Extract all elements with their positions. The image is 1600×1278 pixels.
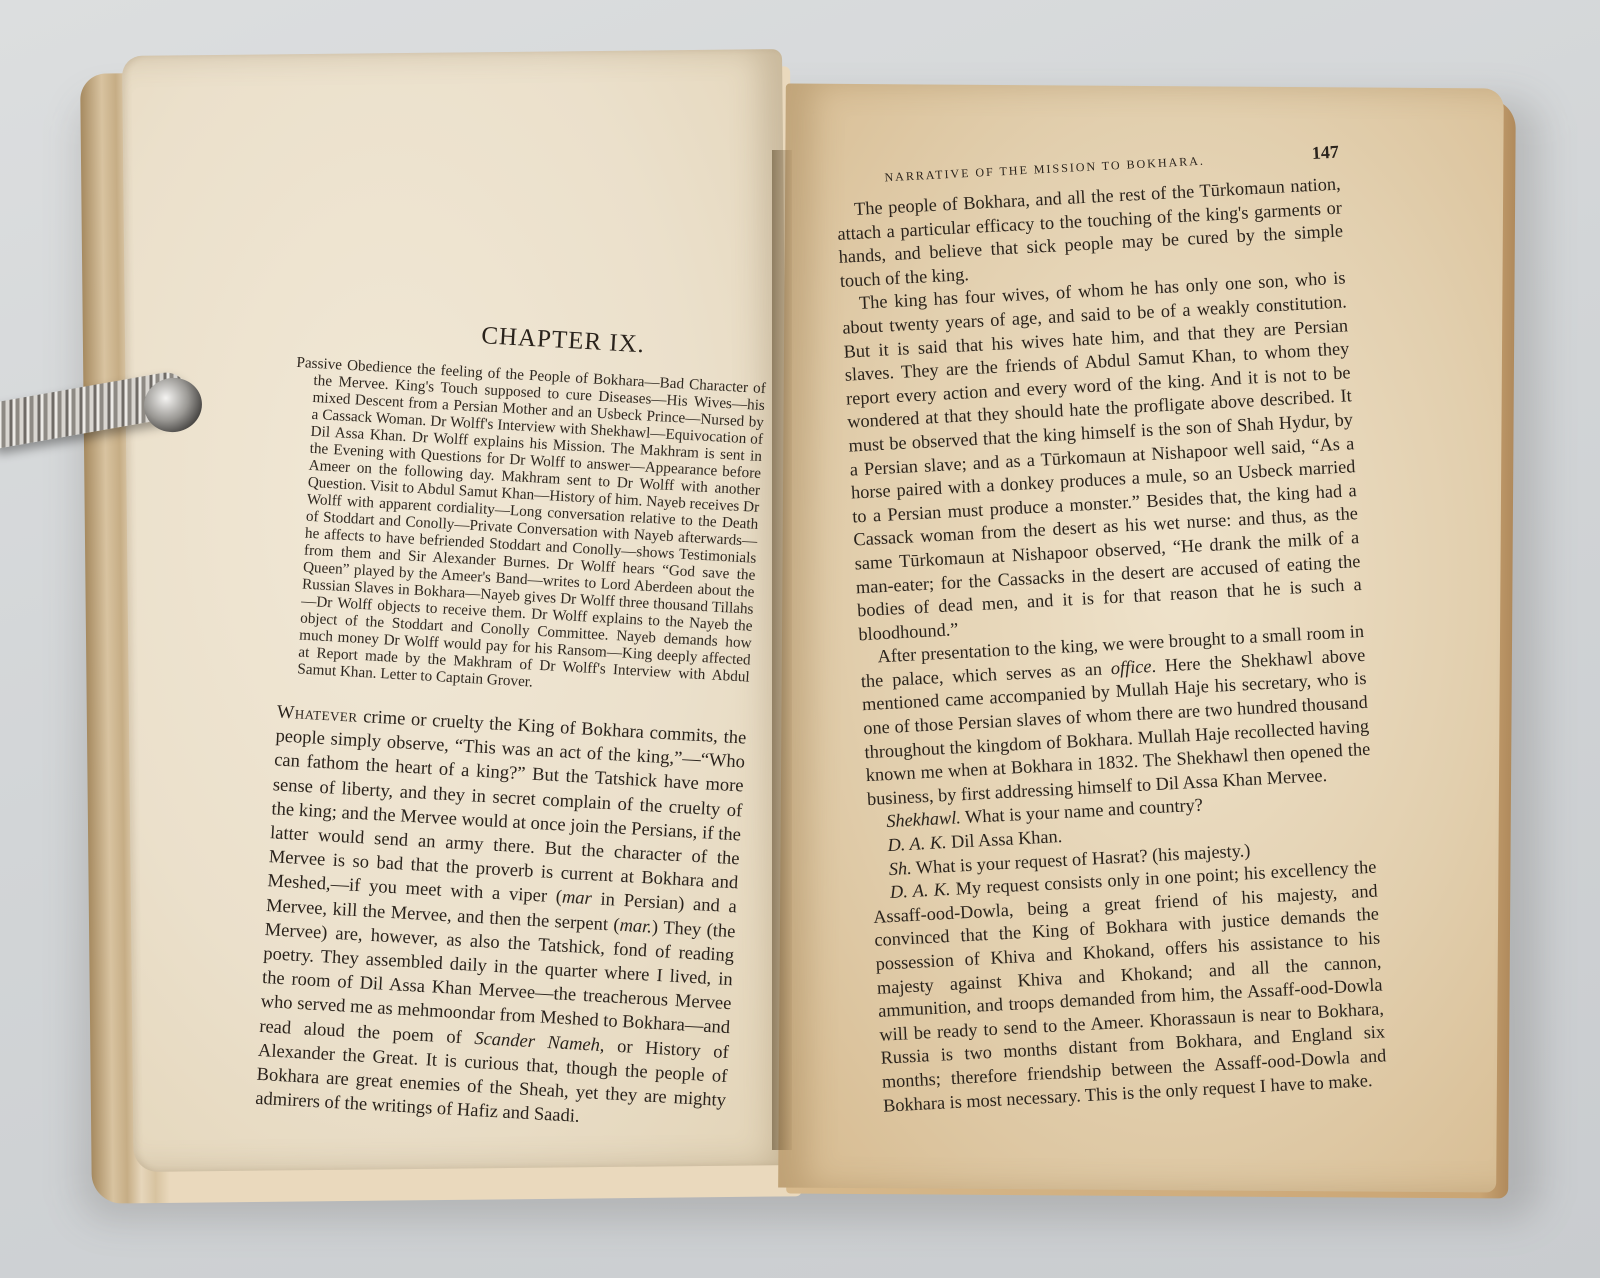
chapter-summary: Passive Obedience the feeling of the Peo… [279, 354, 766, 703]
photo-scene: CHAPTER IX. Passive Obedience the feelin… [0, 0, 1600, 1278]
dialogue-line: D. A. K. My request consists only in one… [871, 856, 1388, 1118]
paragraph-2: The king has four wives, of whom he has … [841, 267, 1364, 647]
left-paragraph: Whatever crime or cruelty the King of Bo… [255, 700, 747, 1137]
left-body: Whatever crime or cruelty the King of Bo… [255, 700, 747, 1137]
right-page-text: NARRATIVE OF THE MISSION TO BOKHARA. 147… [834, 142, 1388, 1118]
right-body: The people of Bokhara, and all the rest … [836, 173, 1388, 1118]
chapter-title: CHAPTER IX. [358, 315, 769, 366]
left-page-text: CHAPTER IX. Passive Obedience the feelin… [255, 300, 770, 1137]
book-gutter [772, 150, 792, 1150]
page-number: 147 [1311, 142, 1339, 164]
paragraph-3: After presentation to the king, we were … [859, 620, 1372, 811]
poem-title: Scander Nameh [474, 1029, 601, 1056]
lead-word: Whatever [276, 702, 358, 726]
